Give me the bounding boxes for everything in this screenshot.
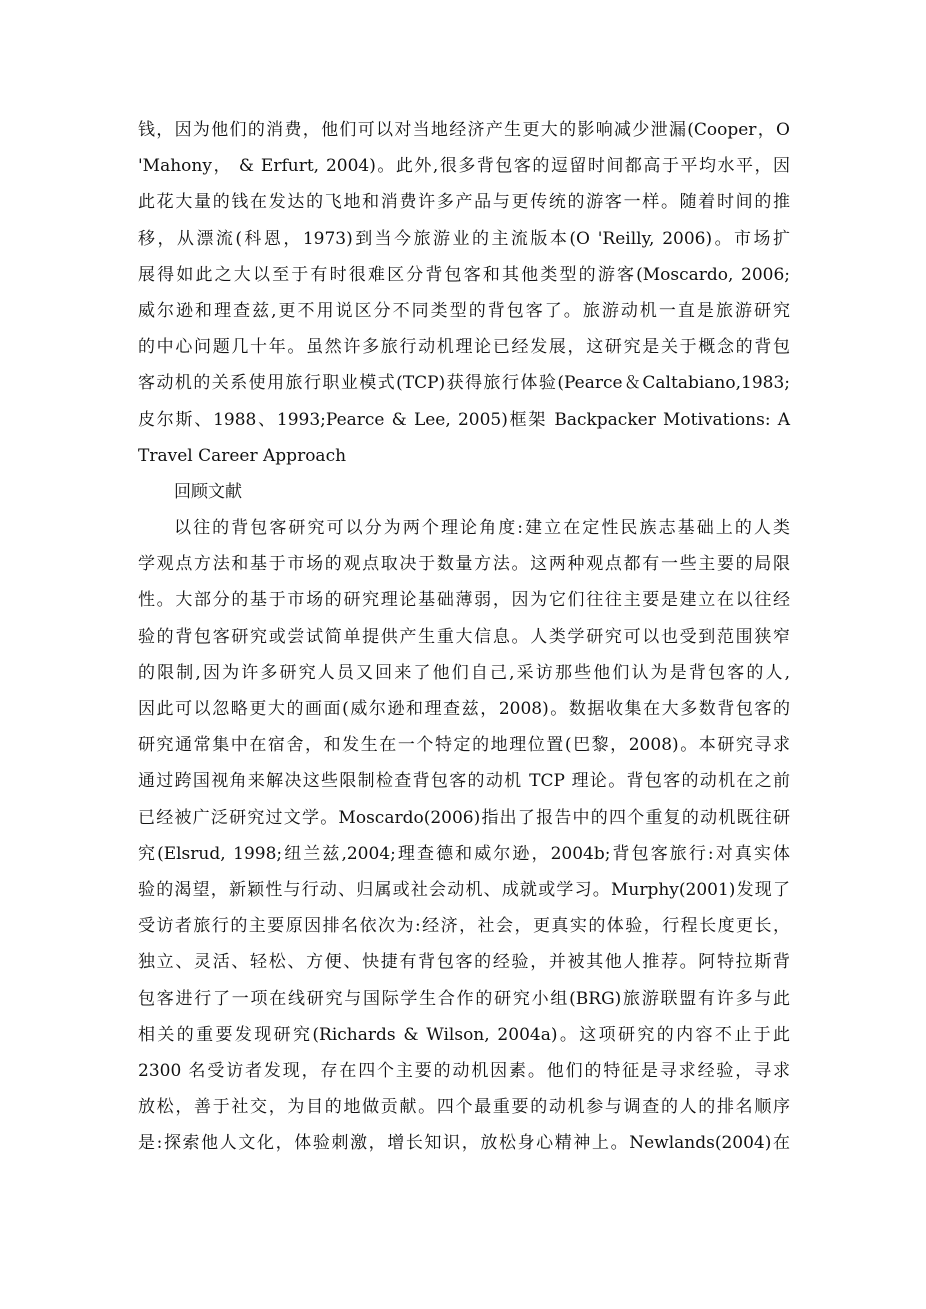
text-line: 性。大部分的基于市场的研究理论基础薄弱，因为它们往往主要是建立在以往经 — [138, 582, 790, 618]
text-line: 相关的重要发现研究(Richards & Wilson, 2004a)。这项研究… — [138, 1017, 790, 1053]
text-line: 独立、灵活、轻松、方便、快捷有背包客的经验，并被其他人推荐。阿特拉斯背 — [138, 944, 790, 980]
text-line: 皮尔斯、1988、1993;Pearce & Lee, 2005)框架 Back… — [138, 402, 790, 438]
text-line: 的限制,因为许多研究人员又回来了他们自己,采访那些他们认为是背包客的人, — [138, 655, 790, 691]
text-line: 钱，因为他们的消费，他们可以对当地经济产生更大的影响减少泄漏(Cooper，O — [138, 112, 790, 148]
text-line: 2300 名受访者发现，存在四个主要的动机因素。他们的特征是寻求经验，寻求 — [138, 1053, 790, 1089]
text-line: 移，从漂流(科恩，1973)到当今旅游业的主流版本(O 'Reilly, 200… — [138, 221, 790, 257]
text-line: 研究通常集中在宿舍，和发生在一个特定的地理位置(巴黎，2008)。本研究寻求 — [138, 727, 790, 763]
text-line: 包客进行了一项在线研究与国际学生合作的研究小组(BRG)旅游联盟有许多与此 — [138, 981, 790, 1017]
text-line: 学观点方法和基于市场的观点取决于数量方法。这两种观点都有一些主要的局限 — [138, 546, 790, 582]
text-line: 此花大量的钱在发达的飞地和消费许多产品与更传统的游客一样。随着时间的推 — [138, 184, 790, 220]
paragraph-1: 钱，因为他们的消费，他们可以对当地经济产生更大的影响减少泄漏(Cooper，O … — [138, 112, 790, 474]
text-line: 验的渴望，新颖性与行动、归属或社会动机、成就或学习。Murphy(2001)发现… — [138, 872, 790, 908]
text-line: Travel Career Approach — [138, 438, 790, 474]
section-heading: 回顾文献 — [138, 474, 790, 510]
text-line: 展得如此之大以至于有时很难区分背包客和其他类型的游客(Moscardo, 200… — [138, 257, 790, 293]
document-page: 钱，因为他们的消费，他们可以对当地经济产生更大的影响减少泄漏(Cooper，O … — [138, 112, 790, 1161]
text-line: 究(Elsrud, 1998;纽兰兹,2004;理查德和威尔逊，2004b;背包… — [138, 836, 790, 872]
text-line: 威尔逊和理查兹,更不用说区分不同类型的背包客了。旅游动机一直是旅游研究 — [138, 293, 790, 329]
text-line: 因此可以忽略更大的画面(威尔逊和理查兹，2008)。数据收集在大多数背包客的 — [138, 691, 790, 727]
text-line: 以往的背包客研究可以分为两个理论角度:建立在定性民族志基础上的人类 — [138, 510, 790, 546]
text-line: 已经被广泛研究过文学。Moscardo(2006)指出了报告中的四个重复的动机既… — [138, 800, 790, 836]
text-line: 验的背包客研究或尝试简单提供产生重大信息。人类学研究可以也受到范围狭窄 — [138, 619, 790, 655]
text-line: 'Mahony， & Erfurt, 2004)。此外,很多背包客的逗留时间都高… — [138, 148, 790, 184]
text-line: 通过跨国视角来解决这些限制检查背包客的动机 TCP 理论。背包客的动机在之前 — [138, 763, 790, 799]
text-line: 客动机的关系使用旅行职业模式(TCP)获得旅行体验(Pearce＆Caltabi… — [138, 365, 790, 401]
text-line: 放松，善于社交，为目的地做贡献。四个最重要的动机参与调查的人的排名顺序 — [138, 1089, 790, 1125]
paragraph-2: 以往的背包客研究可以分为两个理论角度:建立在定性民族志基础上的人类 学观点方法和… — [138, 510, 790, 1161]
text-line: 受访者旅行的主要原因排名依次为:经济，社会，更真实的体验，行程长度更长， — [138, 908, 790, 944]
text-line: 的中心问题几十年。虽然许多旅行动机理论已经发展，这研究是关于概念的背包 — [138, 329, 790, 365]
text-line: 是:探索他人文化，体验刺激，增长知识，放松身心精神上。Newlands(2004… — [138, 1125, 790, 1161]
